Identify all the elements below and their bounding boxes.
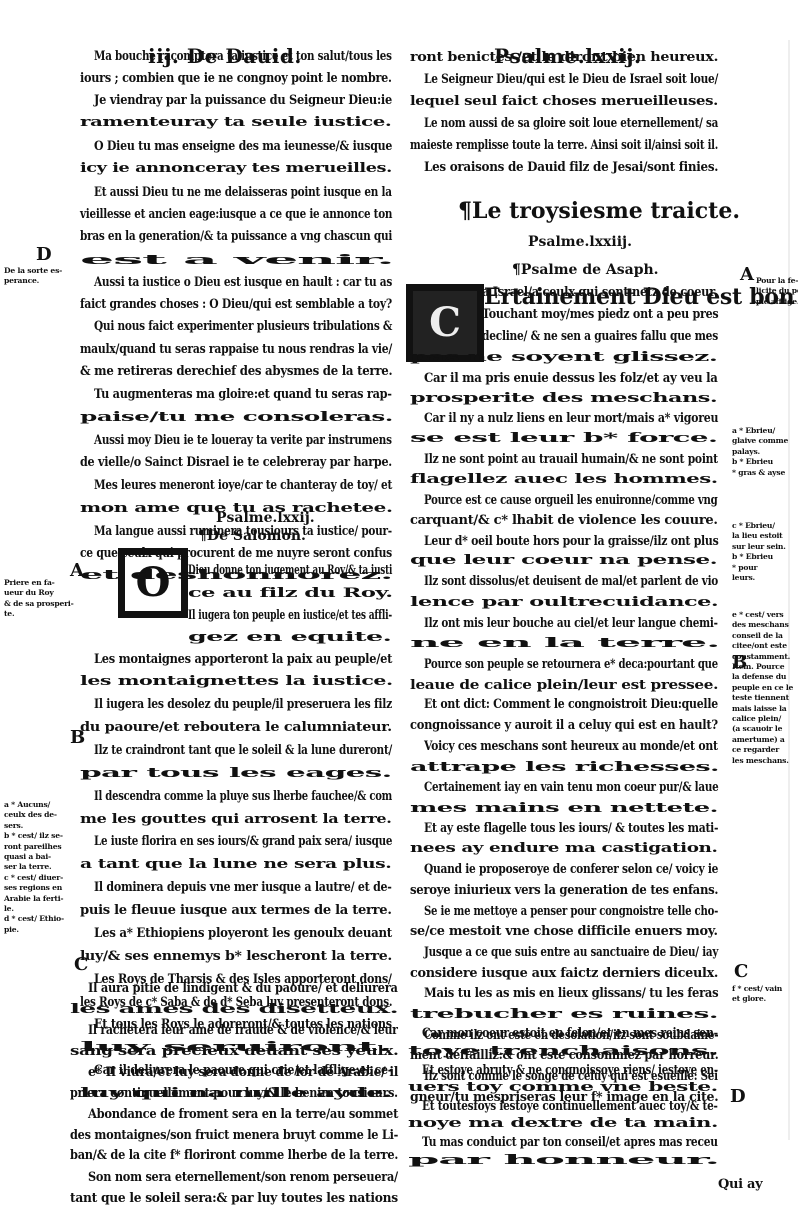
section-letter: C [74, 954, 88, 975]
margin-note: a * Ebrieu/ glaive comme palays. b * Ebr… [732, 426, 788, 478]
text-line: Voicy ces meschans sont heureux au monde… [424, 740, 718, 753]
text-line: Les montaignes apporteront la paix au pe… [94, 653, 392, 666]
text-line: Leur d* oeil boute hors pour la graisse/… [424, 535, 718, 548]
margin-note: f * cest/ vain et glore. [732, 984, 782, 1005]
text-line: Le iuste florira en ses iours/& grand pa… [94, 835, 392, 848]
text-line: Qui nous faict experimenter plusieurs tr… [94, 320, 392, 333]
text-line: Il iugera ton peuple en iustice/et tes a… [188, 609, 392, 622]
psalm-title-right: Psalme.lxxiij. [528, 234, 632, 250]
text-line: Car il ma pris enuie dessus les folz/et … [424, 372, 718, 385]
text-line: par tous les eages. [80, 767, 392, 780]
text-line: flagellez auec les hommes. [410, 473, 718, 486]
text-line: Les oraisons de Dauid filz de Jesai/sont… [424, 161, 718, 174]
text-line: se/ce mestoit vne chose difficile enuers… [410, 925, 718, 938]
text-line: uers toy comme vne beste. [408, 1081, 718, 1094]
text-line: se est leur b* force. [410, 432, 717, 445]
text-line: Pource son peuple se retournera e* deca:… [424, 658, 718, 671]
text-line: Il descendra comme la pluye sus lherbe f… [94, 790, 392, 803]
text-line: Il rachetera leur ame de fraude & de vio… [88, 1024, 398, 1037]
text-line: ramenteuray ta seule iustice. [80, 116, 391, 129]
text-line: Les a* Ethiopiens ployeront les genoulx … [94, 927, 392, 940]
text-line: Quand ie proposeroye de conferer selon c… [424, 863, 718, 876]
text-line: trebucher es ruines. [410, 1008, 718, 1021]
text-line: Aussi ta iustice o Dieu est iusque en ha… [94, 276, 392, 289]
text-line: Ilz ont mis leur bouche au ciel/et leur … [424, 617, 718, 630]
text-line: Mais tu les as mis en lieux glissans/ tu… [424, 987, 718, 1000]
margin-note: c * Ebrieu/ la lieu estoit sur leur sein… [732, 521, 786, 583]
text-line: attrape les richesses. [410, 761, 719, 774]
text-line: Et aussi Dieu tu ne me delaisseras point… [94, 186, 392, 199]
text-line: Ma bouche racomptera ta iustice et ton s… [94, 50, 392, 63]
section-letter: A [740, 264, 754, 285]
text-line: icy ie annonceray tes merueilles. [80, 162, 392, 175]
treatise-title: ¶Le troysiesme traicte. [458, 198, 740, 224]
text-line: O Dieu tu mas enseigne des ma ieunesse/&… [94, 140, 392, 153]
text-line: maieste remplisse toute la terre. Ainsi … [410, 139, 718, 152]
text-line: a tant que la lune ne sera plus. [80, 858, 391, 871]
text-line: ban/& de la cite f* floriront comme lher… [70, 1149, 398, 1162]
initial-letter: C [429, 303, 461, 343]
section-letter: B [70, 727, 85, 748]
text-line: Pource est ce cause orgueil les enuironn… [424, 494, 718, 507]
text-line: vieillesse et ancien eage:iusque a ce qu… [80, 208, 392, 221]
margin-note: a * Aucuns/ ceulx des de- sers. b * cest… [4, 800, 64, 935]
text-line: gez en equite. [188, 631, 391, 644]
text-line: paise/tu me consoleras. [80, 411, 393, 424]
margin-note: e * cest/ vers des meschans conseil de l… [732, 610, 793, 766]
text-line: Ilz ne sont point au trauail humain/& ne… [424, 453, 718, 466]
text-line: pas ne soyent glissez. [410, 351, 717, 364]
text-line: e* Il viura/et luy sera donne de lor de … [88, 1066, 398, 1079]
text-line: ne en la terre. [410, 637, 719, 650]
text-line: Ilz sont dissolus/et deuisent de mal/et … [424, 575, 718, 588]
section-letter: A [70, 560, 84, 581]
text-line: Et toutesfoys iestoye continuellement au… [422, 1100, 718, 1113]
text-line: Ilz te craindront tant que le soleil & l… [94, 744, 392, 757]
text-line: Jusque a ce que suis entre au sanctuaire… [424, 946, 718, 959]
text-line: par honneur. [408, 1154, 719, 1167]
text-line: tant que le soleil sera:& par luy toutes… [70, 1192, 398, 1205]
text-line: leaue de calice plein/leur est pressee. [410, 679, 718, 692]
text-line: Dieu donne ton iugement au Roy/& ta iust… [188, 564, 392, 577]
text-line: nees ay endure ma castigation. [410, 842, 717, 855]
psalm-subtitle-right: ¶Psalme de Asaph. [512, 262, 659, 278]
text-line: Aussi moy Dieu ie te loueray ta verite p… [94, 434, 392, 447]
text-line: me les gouttes qui arrosent la terre. [80, 813, 391, 826]
text-line: bras en la generation/& ta puissance a v… [80, 230, 392, 243]
text-line: prosperite des meschans. [410, 392, 717, 405]
text-line: Se ie me mettoye a penser pour congnoist… [424, 905, 718, 918]
text-line: les montaignettes la iustice. [80, 675, 393, 688]
text-line: Et estoye abruty & ne congnoissoye riens… [422, 1064, 718, 1077]
text-line: Car il ny a nulz liens en leur mort/mais… [424, 412, 718, 425]
initial-frame: O [124, 554, 182, 612]
text-line: & me retireras derechief des abysmes de … [80, 365, 392, 378]
text-line: ront benictes /et le diront bien heureux… [410, 51, 718, 64]
scanned-book-page: iij. De Dauid. Psalme.lxxij. ¶De Salomon… [0, 0, 798, 1206]
text-line: toye trenchaisons. [408, 1045, 718, 1058]
text-line: du paoure/et reboutera le calumniateur. [80, 721, 392, 734]
margin-note: Pour la fe- licite du peu- ple afflige. [756, 276, 798, 307]
text-line: Le Seigneur Dieu/qui est le Dieu de Isra… [424, 73, 718, 86]
text-line: faict grandes choses : O Dieu/qui est se… [80, 298, 392, 311]
text-line: decline/ & ne sen a guaires fallu que me… [482, 330, 718, 343]
margin-note: Priere en fa- ueur du Roy & de sa prospe… [4, 578, 74, 620]
text-line: Ma langue aussi ruminera tousiours ta iu… [94, 525, 392, 538]
text-line: sang sera precieux deuant ses yeulx. [70, 1045, 398, 1058]
text-line: Je viendray par la puissance du Seigneur… [94, 94, 392, 107]
section-letter: C [734, 961, 748, 982]
text-line: ce au filz du Roy. [188, 587, 393, 600]
page-edge-shadow [788, 40, 790, 1140]
text-line: carquant/& c* lhabit de violence les cou… [410, 514, 718, 527]
text-line: de vielle/o Sainct Disrael ie te celebre… [80, 456, 392, 469]
text-line: mon ame que tu as rachetee. [80, 502, 392, 515]
text-line: ce que ceulx qui procurent de me nuyre s… [80, 547, 392, 560]
catchword: Qui ay [718, 1178, 762, 1191]
section-letter: D [730, 1086, 746, 1107]
text-line: des montaignes/son fruict menera bruyt c… [70, 1129, 398, 1142]
text-line: lence par oultrecuidance. [410, 596, 718, 609]
text-line: lequel seul faict choses merueilleuses. [410, 95, 718, 108]
text-line: Tu mas conduict par ton conseil/et apres… [422, 1136, 718, 1149]
text-line: Mes leures meneront ioye/car te chantera… [94, 479, 392, 492]
text-line: maulx/quand tu seras rappaise tu nous re… [80, 343, 392, 356]
initial-frame: C [412, 290, 478, 356]
section-letter: B [732, 652, 747, 673]
text-line: Il iugera les desolez du peuple/il prese… [94, 698, 392, 711]
text-line: Certainement iay en vain tenu mon coeur … [424, 781, 719, 794]
margin-note: De la sorte es- perance. [4, 266, 62, 287]
text-line: que leur coeur na pense. [410, 554, 717, 567]
text-line: a Israel/a ceulx qui sont netz de coeur. [482, 286, 718, 299]
text-line: Tu augmenteras ma gloire:et quand tu ser… [94, 388, 392, 401]
text-line: Il dominera depuis vne mer iusque a laut… [94, 881, 392, 894]
text-line: iours ; combien que ie ne congnoy point … [80, 72, 392, 85]
text-line: puis le fleuue iusque aux termes de la t… [80, 904, 392, 917]
pilcrow-icon: ¶ [458, 198, 472, 224]
section-letter: D [36, 244, 52, 265]
text-line: Abondance de froment sera en la terre/au… [88, 1108, 398, 1121]
text-line: considere iusque aux faictz derniers dic… [410, 967, 718, 980]
text-line: Car mon coeur estoit en felon/et en mes … [422, 1027, 718, 1040]
text-line: noye ma dextre de ta main. [408, 1117, 718, 1130]
text-line: luy/& ses ennemys b* lescheront la terre… [80, 950, 392, 963]
text-line: congnoissance y auroit il a celuy qui es… [410, 719, 718, 732]
text-line: Et ay este flagelle tous les iours/ & to… [424, 822, 718, 835]
text-line: seroye iniurieux vers la generation de t… [410, 884, 718, 897]
text-line: Et ont dict: Comment le congnoistroit Di… [424, 698, 718, 711]
text-line: les ames des disetteux. [70, 1003, 398, 1016]
pilcrow-icon: ¶ [512, 262, 521, 278]
text-line: Son nom sera eternellement/son renom per… [88, 1171, 398, 1184]
text-line: priera continuellement pour luy/& le ben… [70, 1087, 398, 1100]
text-line: Touchant moy/mes piedz ont a peu pres [482, 308, 718, 321]
text-line: est a venir. [80, 254, 394, 267]
text-line: Le nom aussi de sa gloire soit loue eter… [424, 117, 718, 130]
text-line: mes mains en nettete. [410, 802, 718, 815]
text-line: Il aura pitie de lindigent & du paoure/ … [88, 982, 398, 995]
